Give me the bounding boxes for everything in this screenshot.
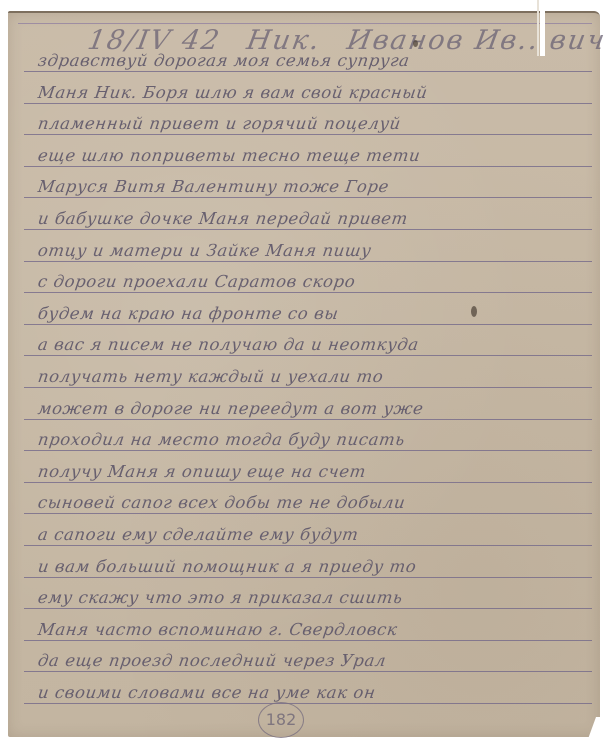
ink-spot <box>471 306 477 317</box>
handwritten-line: а сапоги ему сделайте ему будут <box>37 525 588 544</box>
ruled-line <box>24 513 592 514</box>
ruled-line <box>24 640 592 641</box>
handwritten-line: ему скажу что это я приказал сшить <box>37 588 588 607</box>
handwritten-line: с дороги проехали Саратов скоро <box>37 272 588 291</box>
handwritten-line: а вас я писем не получаю да и неоткуда <box>37 335 588 354</box>
handwritten-line: и бабушке дочке Маня передай привет <box>37 209 588 228</box>
handwritten-line: да еще проезд последний через Урал <box>37 651 588 670</box>
ruled-line <box>24 197 592 198</box>
ink-spot <box>413 40 418 47</box>
handwritten-line: отцу и матери и Зайке Маня пишу <box>37 241 588 260</box>
handwritten-line: здравствуй дорогая моя семья супруга <box>37 51 588 70</box>
handwritten-line: и вам больший помощник а я приеду то <box>37 557 588 576</box>
handwritten-line: и своими словами все на уме как он <box>37 683 588 702</box>
handwritten-line: Маруся Витя Валентину тоже Горе <box>37 177 588 196</box>
ruled-line <box>24 450 592 451</box>
handwritten-line: получу Маня я опишу еще на счет <box>37 462 588 481</box>
handwritten-line: получать нету каждый и уехали то <box>37 367 588 386</box>
handwritten-line: может в дороге ни переедут а вот уже <box>37 399 588 418</box>
ruled-line <box>24 387 592 388</box>
ruled-line <box>24 671 592 672</box>
paper-tear <box>540 0 545 56</box>
top-margin-line <box>18 23 592 24</box>
handwritten-line: Маня часто вспоминаю г. Свердловск <box>37 620 588 639</box>
ruled-line <box>24 482 592 483</box>
archive-number-stamp: 182 <box>258 702 304 738</box>
handwritten-line: проходил на место тогда буду писать <box>37 430 588 449</box>
ruled-line <box>24 577 592 578</box>
paper-tear-shadow <box>537 0 539 56</box>
ruled-line <box>24 324 592 325</box>
ruled-line <box>24 103 592 104</box>
letter-paper: 18/IV 42 Ник. Иванов Ив...вич здравствуй… <box>8 11 600 737</box>
ruled-line <box>24 261 592 262</box>
ruled-line <box>24 166 592 167</box>
ruled-line <box>24 703 592 704</box>
paper-corner-wear <box>588 717 610 739</box>
handwritten-line: пламенный привет и горячий поцелуй <box>37 114 588 133</box>
handwritten-line: еще шлю поприветы тесно теще тети <box>37 146 588 165</box>
handwritten-line: Маня Ник. Боря шлю я вам свой красный <box>37 83 588 102</box>
ruled-line <box>24 71 592 72</box>
ruled-line <box>24 355 592 356</box>
ruled-line <box>24 545 592 546</box>
handwritten-line: сыновей сапог всех добы те не добыли <box>37 493 588 512</box>
ruled-line <box>24 292 592 293</box>
handwritten-line: будем на краю на фронте со вы <box>37 304 588 323</box>
ruled-line <box>24 134 592 135</box>
ruled-line <box>24 419 592 420</box>
ruled-line <box>24 608 592 609</box>
ruled-line <box>24 229 592 230</box>
